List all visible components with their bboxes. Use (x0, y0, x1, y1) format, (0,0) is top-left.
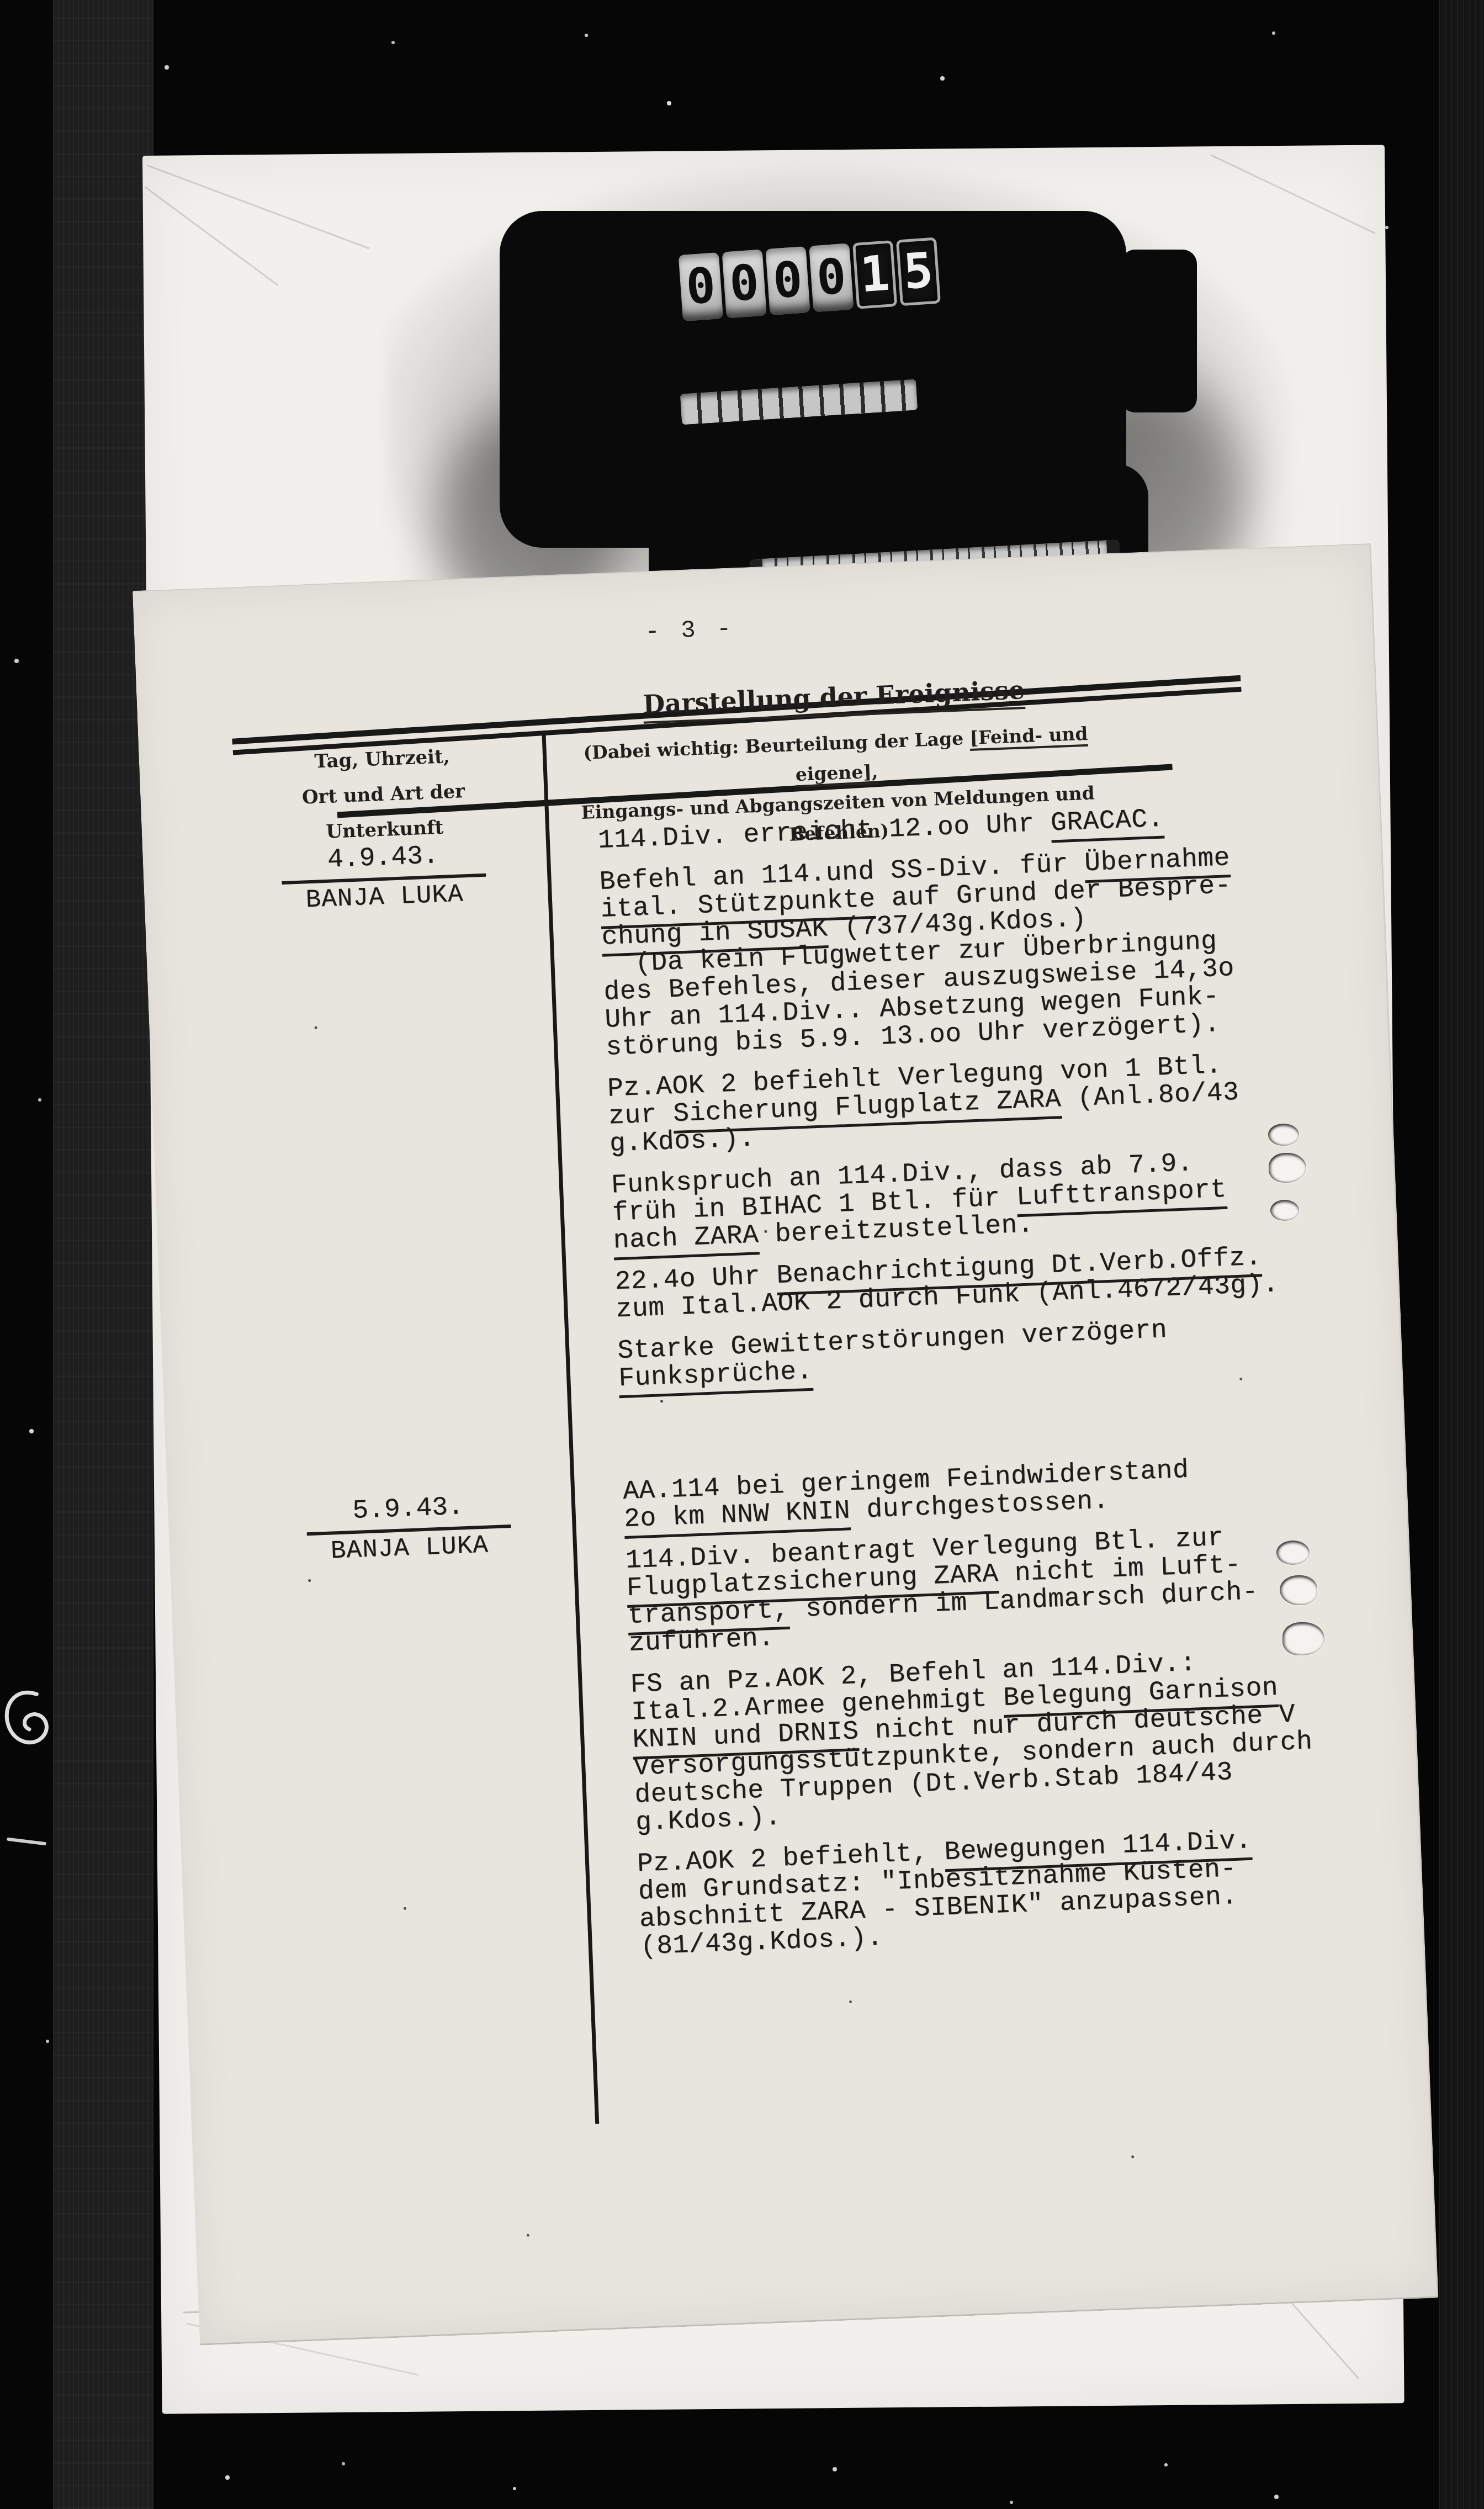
entry-date-cell: 5.9.43.BANJA LUKA (305, 1490, 512, 1568)
events-column: 114.Div. erreicht 12.oo Uhr GRACAC.Befeh… (597, 800, 1342, 1975)
column-header-left: Tag, Uhrzeit, Ort und Art der Unterkunft (238, 736, 529, 853)
header-right-line2-prefix: (Dabei wichtig: Beurteilung der Lage (583, 727, 970, 764)
pen-squiggle-mark (0, 1686, 60, 1763)
entry-date-cell: 4.9.43.BANJA LUKA (280, 839, 487, 917)
counter-digit: 0 (765, 246, 810, 315)
text-segment: g.Kdos.). (609, 1124, 756, 1159)
event-paragraph: Starke Gewitterstörungen verzögernFunksp… (617, 1311, 1320, 1393)
event-paragraph: FS an Pz.AOK 2, Befehl an 114.Div.:Ital.… (630, 1644, 1337, 1837)
film-edge-left (53, 0, 153, 2509)
counter-side-tab (1121, 250, 1197, 412)
table-column-divider (542, 733, 599, 2124)
counter-digit: 0 (679, 252, 723, 321)
microfilm-scan: 000015 - 3 - Tag, Uhrzeit, Ort und Art d… (0, 0, 1484, 2509)
header-left-line2: Ort und Art der Unterkunft (239, 771, 529, 853)
film-dust-specks (0, 0, 2, 2)
event-paragraph: Funkspruch an 114.Div., dass ab 7.9.früh… (611, 1145, 1315, 1255)
paper-crease (1281, 2291, 1359, 2379)
diary-entry: 114.Div. erreicht 12.oo Uhr GRACAC.Befeh… (597, 800, 1319, 1393)
diary-entry: AA.114 bei geringem Feindwiderstand2o km… (622, 1451, 1342, 1961)
text-segment: nach ZARA (613, 1220, 760, 1260)
film-edge-right (1439, 0, 1484, 2509)
event-paragraph: AA.114 bei geringem Feindwiderstand2o km… (622, 1451, 1325, 1533)
text-segment: GRACAC. (1050, 804, 1164, 843)
text-segment: Funksprüche. (618, 1357, 813, 1398)
event-paragraph: 114.Div. beantragt Verlegung Btl. zurFlu… (625, 1520, 1330, 1658)
paper-specks (132, 592, 134, 594)
text-segment: zuführen. (628, 1623, 775, 1659)
punch-hole (1280, 1575, 1317, 1605)
counter-digit: 0 (809, 244, 854, 313)
counter-digit: 0 (722, 250, 767, 319)
punch-hole (1268, 1124, 1299, 1146)
punch-hole (1276, 1541, 1310, 1565)
header-right-title: Darstellung der Ereignisse (642, 675, 1025, 724)
event-paragraph: Pz.AOK 2 befiehlt, Bewegungen 114.Div.de… (637, 1824, 1342, 1961)
punch-hole (1270, 1200, 1299, 1221)
film-scratch (7, 1838, 46, 1846)
counter-digit: 5 (896, 237, 941, 306)
page-number: - 3 - (607, 614, 773, 648)
document-page: - 3 - Tag, Uhrzeit, Ort und Art der Unte… (132, 543, 1438, 2346)
event-paragraph: Pz.AOK 2 befiehlt Verlegung von 1 Btl.zu… (607, 1049, 1311, 1158)
paper-crease (147, 165, 370, 249)
counter-digit: 1 (852, 240, 897, 309)
paper-crease (145, 186, 279, 286)
text-segment: g.Kdos.). (635, 1803, 782, 1838)
